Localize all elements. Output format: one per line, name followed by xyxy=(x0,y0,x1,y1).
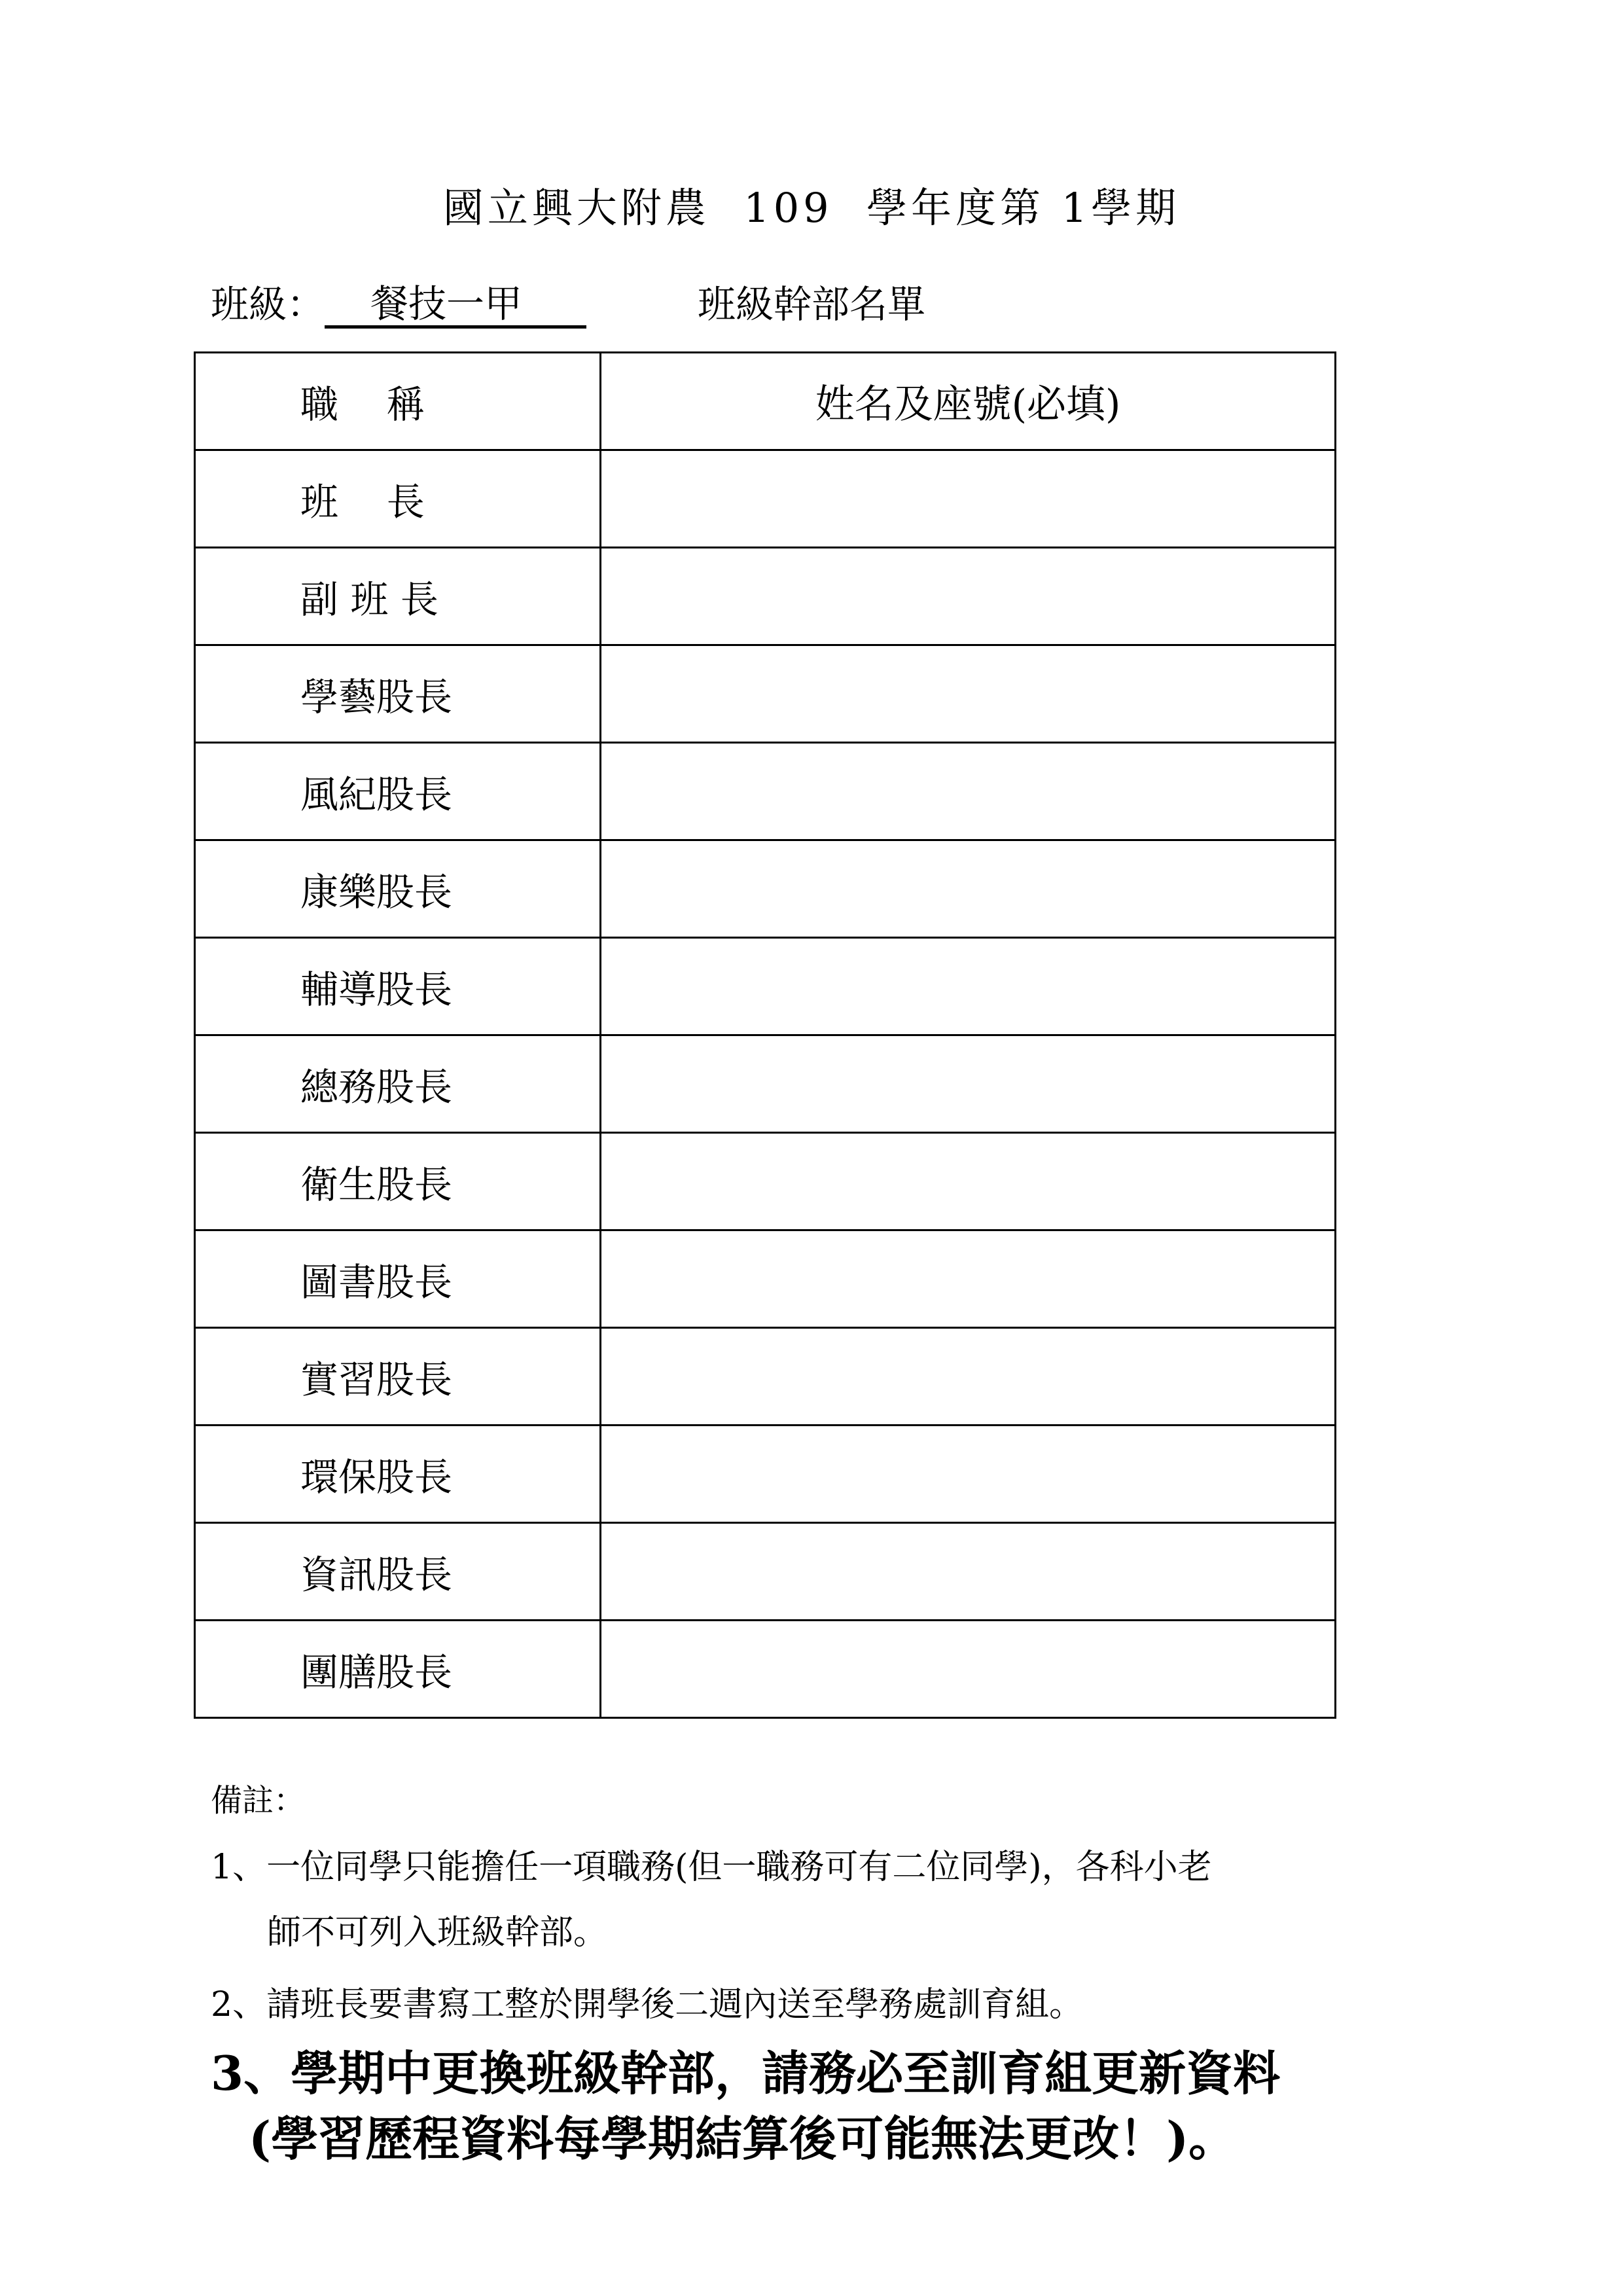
roster-title: 班級幹部名單 xyxy=(698,274,925,329)
table-row: 學藝股長 xyxy=(195,645,1336,743)
table-row: 風紀股長 xyxy=(195,743,1336,840)
name-cell[interactable] xyxy=(601,1621,1336,1718)
note-1: 1、一位同學只能擔任一項職務(但一職務可有二位同學)，各科小老 xyxy=(211,1839,1212,1888)
table-row: 實習股長 xyxy=(195,1328,1336,1426)
table-row: 班 長 xyxy=(195,450,1336,548)
table-row: 總務股長 xyxy=(195,1035,1336,1133)
role-cell: 環保股長 xyxy=(195,1426,601,1523)
role-cell: 副 班 長 xyxy=(195,548,601,645)
note-3: 3、學期中更換班級幹部，請務必至訓育組更新資料 xyxy=(211,2036,1280,2104)
name-cell[interactable] xyxy=(601,743,1336,840)
role-cell: 衛生股長 xyxy=(195,1133,601,1230)
table-row: 圖書股長 xyxy=(195,1230,1336,1328)
name-cell[interactable] xyxy=(601,1328,1336,1426)
role-cell: 風紀股長 xyxy=(195,743,601,840)
role-cell: 總務股長 xyxy=(195,1035,601,1133)
name-cell[interactable] xyxy=(601,1426,1336,1523)
table-row: 輔導股長 xyxy=(195,938,1336,1035)
name-cell[interactable] xyxy=(601,938,1336,1035)
role-cell: 圖書股長 xyxy=(195,1230,601,1328)
name-cell[interactable] xyxy=(601,1133,1336,1230)
table-row: 衛生股長 xyxy=(195,1133,1336,1230)
name-cell[interactable] xyxy=(601,450,1336,548)
role-cell: 輔導股長 xyxy=(195,938,601,1035)
class-value: 餐技一甲 xyxy=(325,282,586,329)
name-cell[interactable] xyxy=(601,1035,1336,1133)
role-cell: 實習股長 xyxy=(195,1328,601,1426)
role-cell: 康樂股長 xyxy=(195,840,601,938)
table-row: 團膳股長 xyxy=(195,1621,1336,1718)
note-3-continued: (學習歷程資料每學期結算後可能無法更改！)。 xyxy=(249,2101,1236,2169)
role-cell: 團膳股長 xyxy=(195,1621,601,1718)
table-row: 副 班 長 xyxy=(195,548,1336,645)
officer-table: 職 稱 姓名及座號(必填) 班 長 副 班 長 學藝股長 風紀股長 康樂股長 輔… xyxy=(194,351,1336,1719)
document-title: 國立興大附農 109 學年度第 1學期 xyxy=(0,175,1623,234)
role-cell: 資訊股長 xyxy=(195,1523,601,1621)
note-2: 2、請班長要書寫工整於開學後二週內送至學務處訓育組。 xyxy=(211,1977,1083,2026)
column-header-role: 職 稱 xyxy=(195,353,601,450)
table-row: 環保股長 xyxy=(195,1426,1336,1523)
role-cell: 班 長 xyxy=(195,450,601,548)
class-line: 班級： 餐技一甲 班級幹部名單 xyxy=(211,274,925,329)
name-cell[interactable] xyxy=(601,645,1336,743)
role-cell: 學藝股長 xyxy=(195,645,601,743)
table-header-row: 職 稱 姓名及座號(必填) xyxy=(195,353,1336,450)
note-1-continued: 師不可列入班級幹部。 xyxy=(267,1905,607,1954)
name-cell[interactable] xyxy=(601,840,1336,938)
table-row: 資訊股長 xyxy=(195,1523,1336,1621)
notes-label: 備註： xyxy=(211,1775,305,1820)
class-label: 班級： xyxy=(211,274,325,329)
name-cell[interactable] xyxy=(601,1230,1336,1328)
column-header-name: 姓名及座號(必填) xyxy=(601,353,1336,450)
name-cell[interactable] xyxy=(601,1523,1336,1621)
name-cell[interactable] xyxy=(601,548,1336,645)
table-row: 康樂股長 xyxy=(195,840,1336,938)
